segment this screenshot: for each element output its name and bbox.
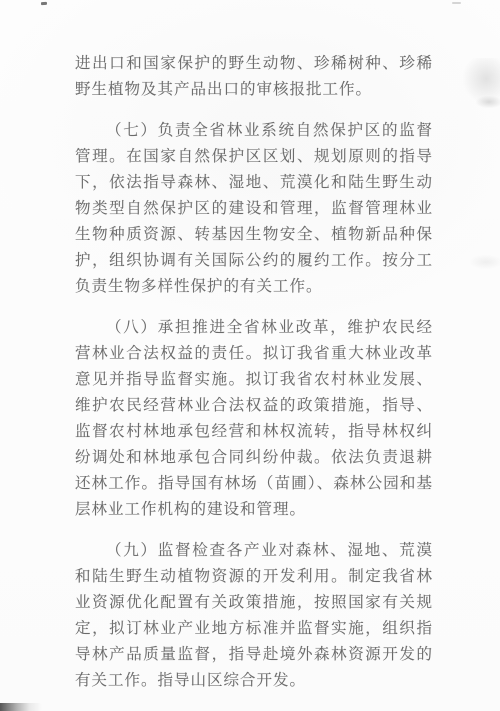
scan-smudge-right-small	[476, 96, 500, 108]
scan-smudge-right-mid	[470, 255, 500, 269]
paragraph-continuation: 进出口和国家保护的野生动物、珍稀树种、珍稀野生植物及其产品出口的审核报批工作。	[75, 51, 433, 103]
paragraph-item-7: （七）负责全省林业系统自然保护区的监督管理。在国家自然保护区区划、规划原则的指导…	[75, 118, 433, 300]
paragraph-item-9: （九）监督检查各产业对森林、湿地、荒漠和陆生野生动植物资源的开发利用。制定我省林…	[75, 538, 433, 694]
scan-shadow-bottom-left	[0, 703, 42, 711]
document-page: 进出口和国家保护的野生动物、珍稀树种、珍稀野生植物及其产品出口的审核报批工作。 …	[0, 0, 500, 711]
scan-speck-top-right	[452, 2, 461, 4]
document-text-block: 进出口和国家保护的野生动物、珍稀树种、珍稀野生植物及其产品出口的审核报批工作。 …	[75, 51, 433, 694]
scan-speck-top	[41, 2, 47, 5]
scan-smudge-right-upper	[462, 58, 500, 104]
paragraph-item-8: （八）承担推进全省林业改革，维护农民经营林业合法权益的责任。拟订我省重大林业改革…	[75, 315, 433, 523]
